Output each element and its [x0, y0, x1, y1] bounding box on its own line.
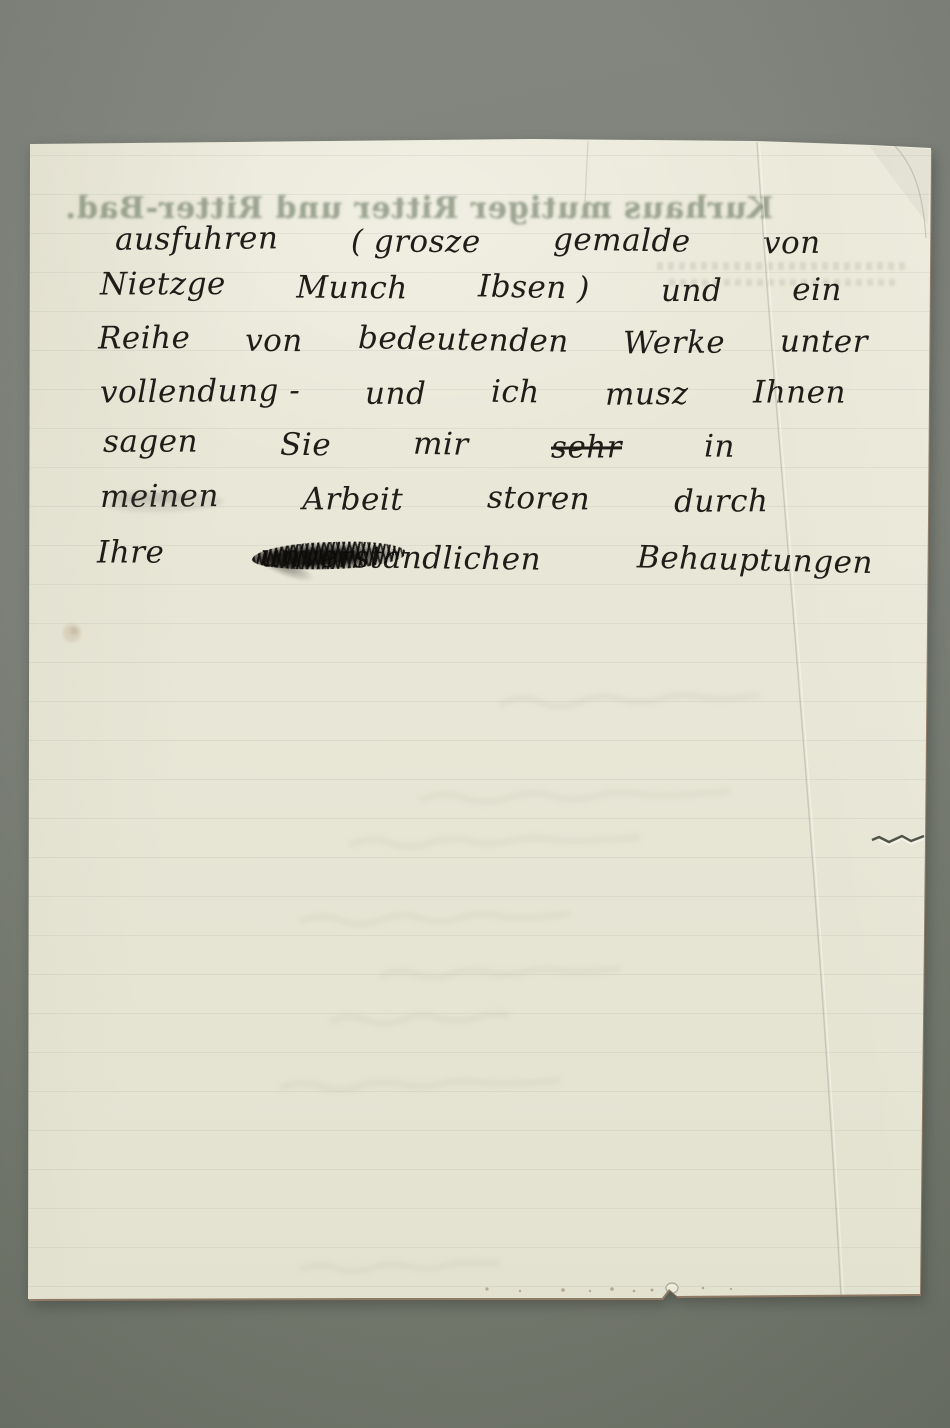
handwriting-line: IhreunverstandlichenBehauptungen [97, 533, 873, 582]
edge-tear [872, 836, 924, 845]
handwritten-word: unter [780, 322, 868, 362]
handwritten-word: Nietzge [100, 264, 226, 304]
handwriting-line: vollendung -undichmuszIhnen [100, 372, 846, 413]
handwritten-word: Werke [623, 323, 725, 364]
handwritten-word: mir [413, 424, 469, 465]
handwritten-word: von [245, 321, 303, 361]
handwriting-line: ausfuhren( groszegemaldevon [115, 220, 821, 262]
handwritten-word: ( grosze [351, 222, 481, 262]
handwritten-word: sagen [103, 421, 198, 461]
handwritten-word: Behauptungen [637, 537, 874, 583]
handwritten-word: vollendung - [100, 370, 301, 412]
letter-page: Kurhaus mutiger Ritter und Ritter-Bad. a… [0, 0, 950, 1428]
ghost-writing-bleedthrough [280, 695, 760, 1271]
handwritten-word: Ihre [97, 533, 164, 573]
handwritten-word: durch [673, 481, 768, 522]
vertical-crease [757, 142, 844, 1296]
handwritten-word: ein [792, 270, 842, 310]
handwritten-word: Reihe [98, 318, 191, 359]
handwritten-word: storen [486, 478, 590, 520]
handwriting-line: meinenArbeitstorendurch [100, 477, 768, 520]
handwritten-word: sehr [551, 427, 622, 467]
handwritten-word: Munch [296, 267, 408, 308]
handwriting-line: NietzgeMunchIbsen )undein [100, 265, 842, 311]
handwritten-word: Sie [280, 425, 331, 465]
handwritten-word: ausfuhren [115, 218, 279, 259]
handwritten-word: musz [604, 374, 688, 415]
foxing-stain [63, 624, 81, 642]
handwritten-word: und [660, 271, 721, 311]
handwritten-word: in [704, 426, 735, 466]
handwritten-word: von [763, 223, 821, 264]
handwritten-word: Ibsen ) [478, 266, 591, 308]
handwritten-word: Arbeit [302, 479, 403, 520]
handwritten-word: und [365, 374, 426, 414]
handwritten-word: gemalde [553, 219, 691, 261]
paper-shadow: Kurhaus mutiger Ritter und Ritter-Bad. a… [0, 0, 950, 1428]
bottom-edge-speckles [485, 1287, 732, 1293]
handwritten-word: bedeutenden [357, 318, 568, 362]
handwritten-word: Ihnen [753, 372, 846, 412]
handwriting-line: sagenSiemirsehrin [103, 422, 735, 468]
corner-crease [869, 144, 931, 238]
bottom-edge-curl [666, 1283, 678, 1293]
handwriting-line: ReihevonbedeutendenWerkeunter [98, 319, 868, 363]
handwritten-word: unverstandlichen [260, 536, 541, 579]
handwritten-word: ich [491, 372, 540, 413]
handwritten-word: meinen [100, 476, 219, 517]
